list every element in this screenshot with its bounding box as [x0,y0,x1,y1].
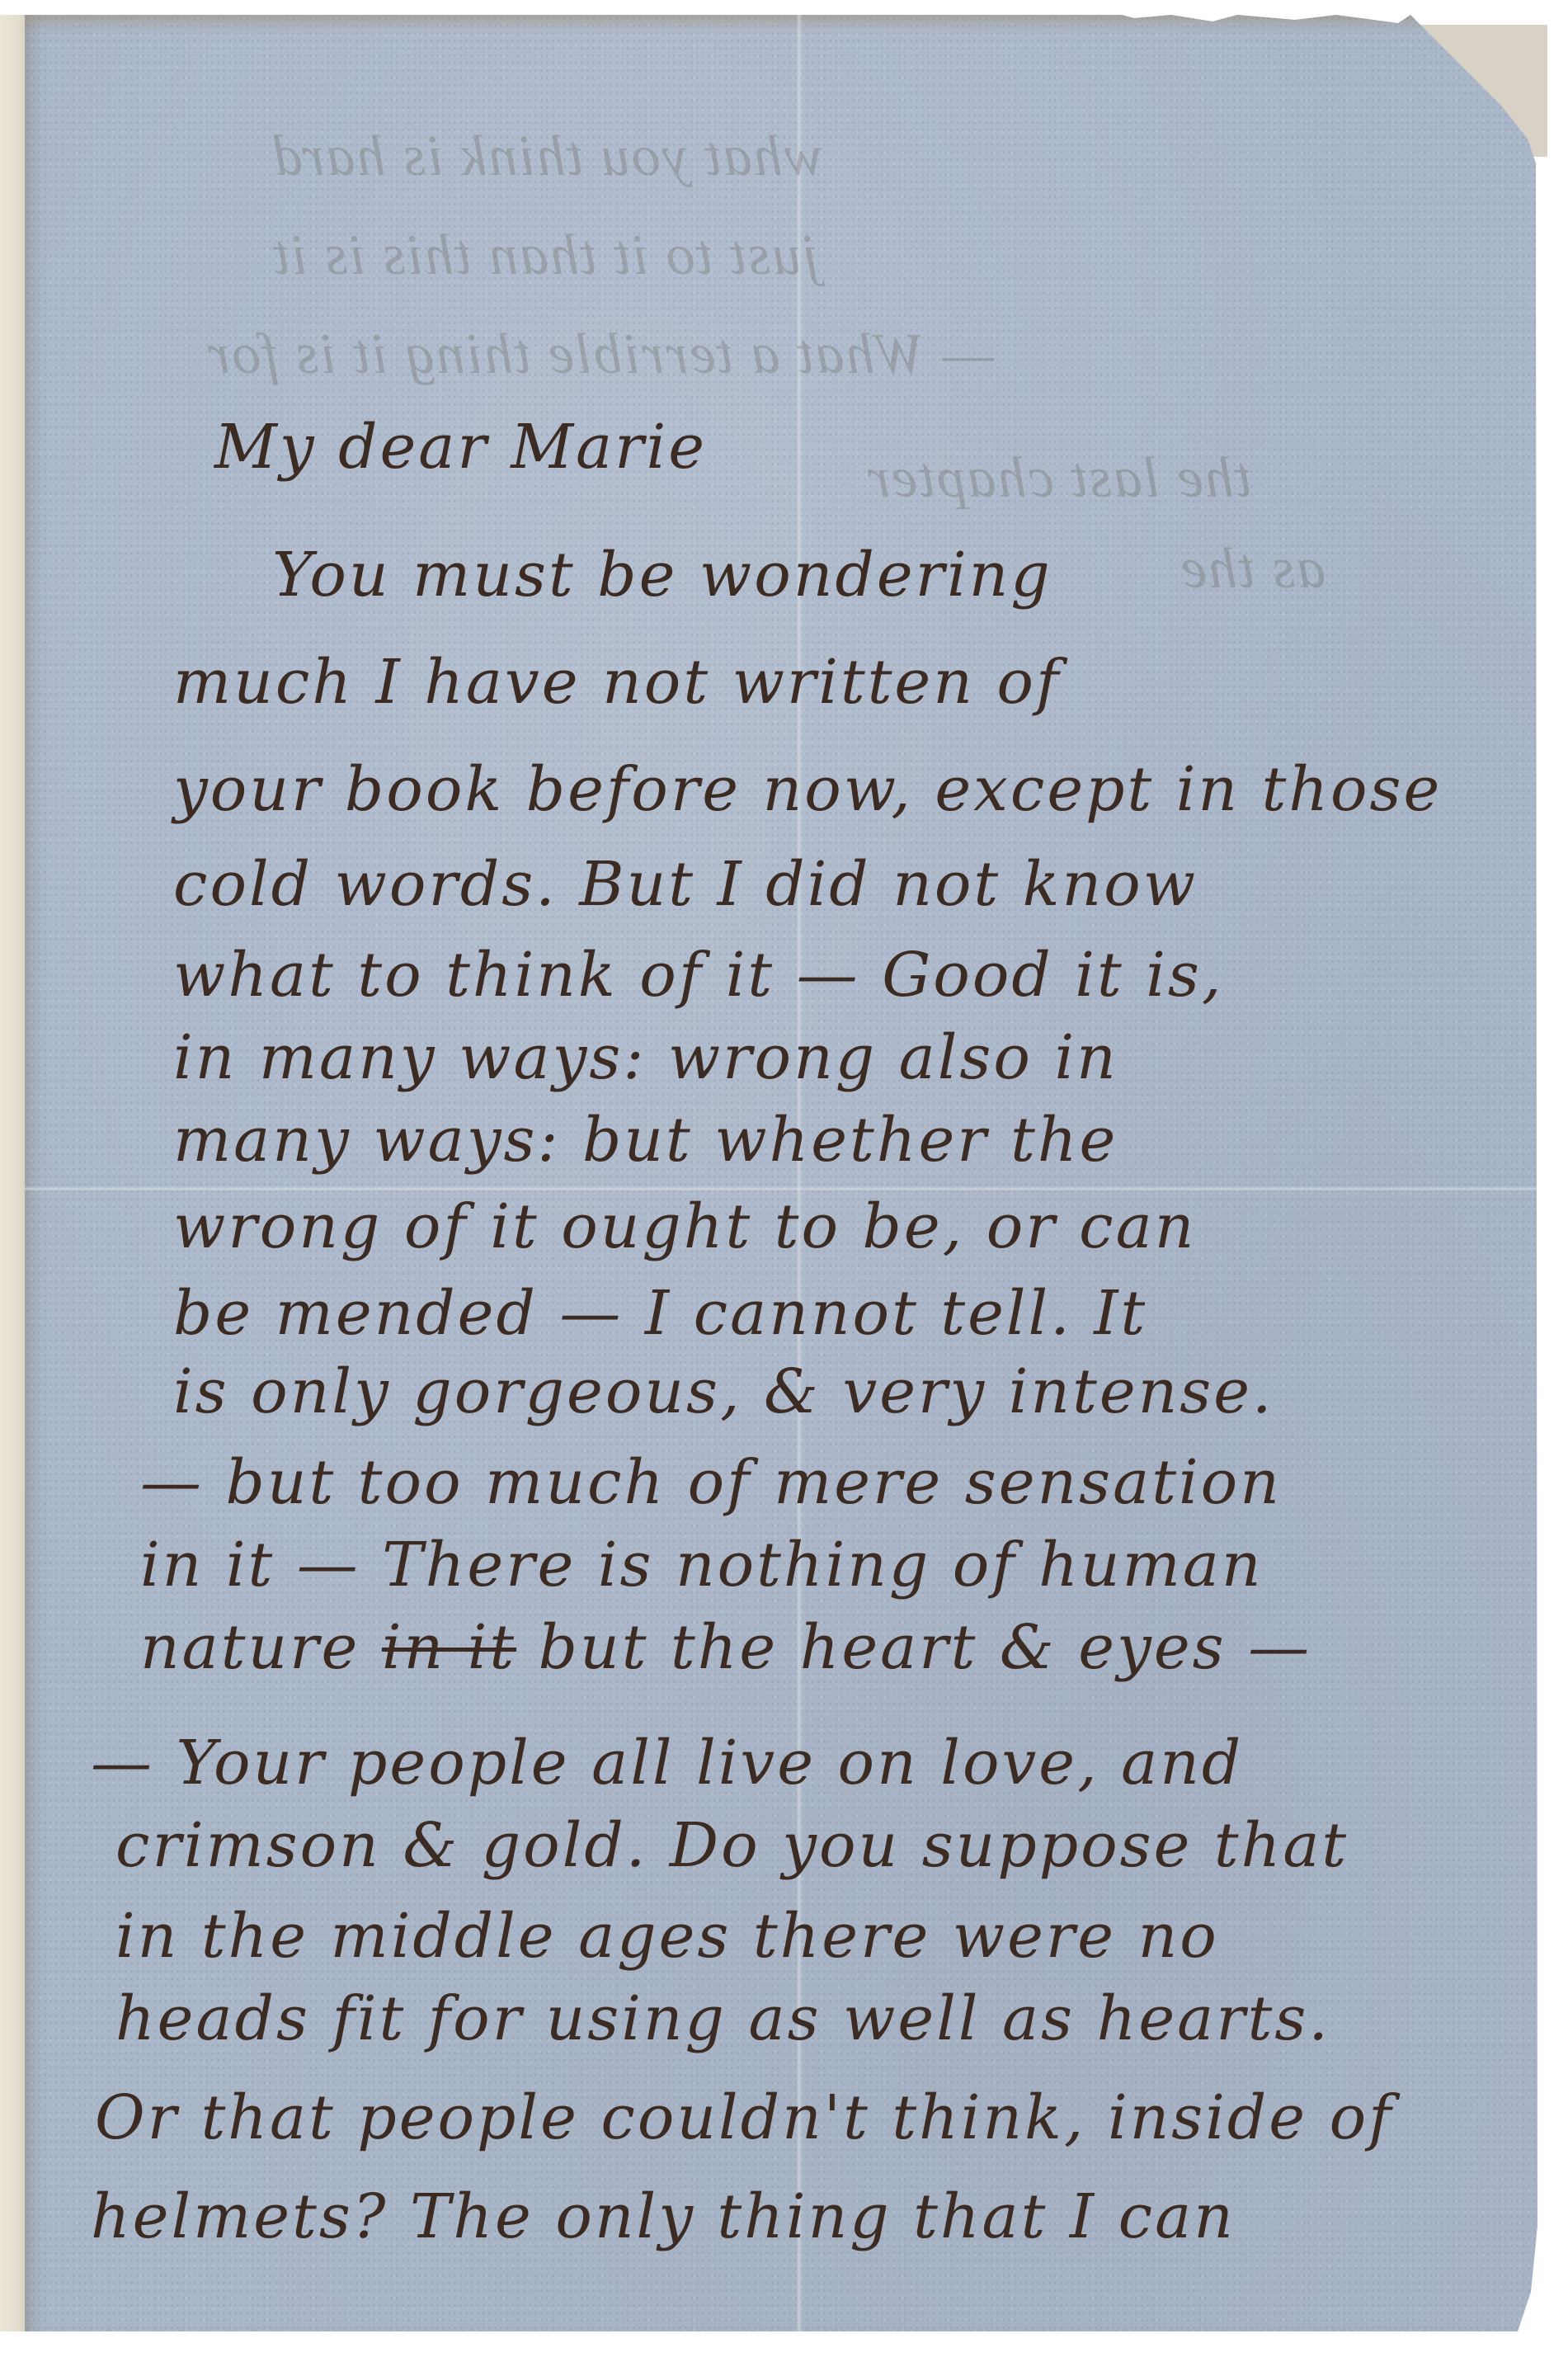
letter-line: be mended — I cannot tell. It [173,1283,1147,1344]
letter-line: in many ways: wrong also in [173,1027,1118,1088]
scanned-letter-page: what you think is hard just to it than t… [0,0,1568,2376]
letter-line: — Your people all live on love, and [91,1732,1243,1794]
letter-line: many ways: but whether the [173,1110,1118,1171]
letter-line: Or that people couldn't think, inside of [95,2087,1394,2148]
letter-line: is only gorgeous, & very intense. [173,1361,1274,1422]
text-segment: but the heart & eyes — [516,1612,1311,1683]
letter-line: You must be wondering [272,544,1052,606]
letter-line: in it — There is nothing of human [140,1534,1264,1596]
letter-line: cold words. But I did not know [173,854,1198,915]
letter-line: helmets? The only thing that I can [91,2186,1236,2247]
letter-line: much I have not written of [173,652,1061,713]
letter-line: your book before now, except in those [173,759,1442,820]
salutation: My dear Marie [214,417,707,478]
text-segment: nature [140,1612,382,1683]
letter-line: wrong of it ought to be, or can [173,1196,1196,1257]
letter-line: heads fit for using as well as hearts. [115,1988,1330,2049]
letter-line: what to think of it — Good it is, [173,945,1223,1006]
letter-line-with-strikethrough: nature in it but the heart & eyes — [140,1617,1311,1678]
struck-out-text: in it [382,1612,516,1683]
letter-line: in the middle ages there were no [115,1906,1219,1967]
letter-line: crimson & gold. Do you suppose that [115,1815,1349,1876]
letter-line: — but too much of mere sensation [140,1452,1282,1513]
letter-text: My dear Marie You must be wondering much… [0,0,1568,2376]
